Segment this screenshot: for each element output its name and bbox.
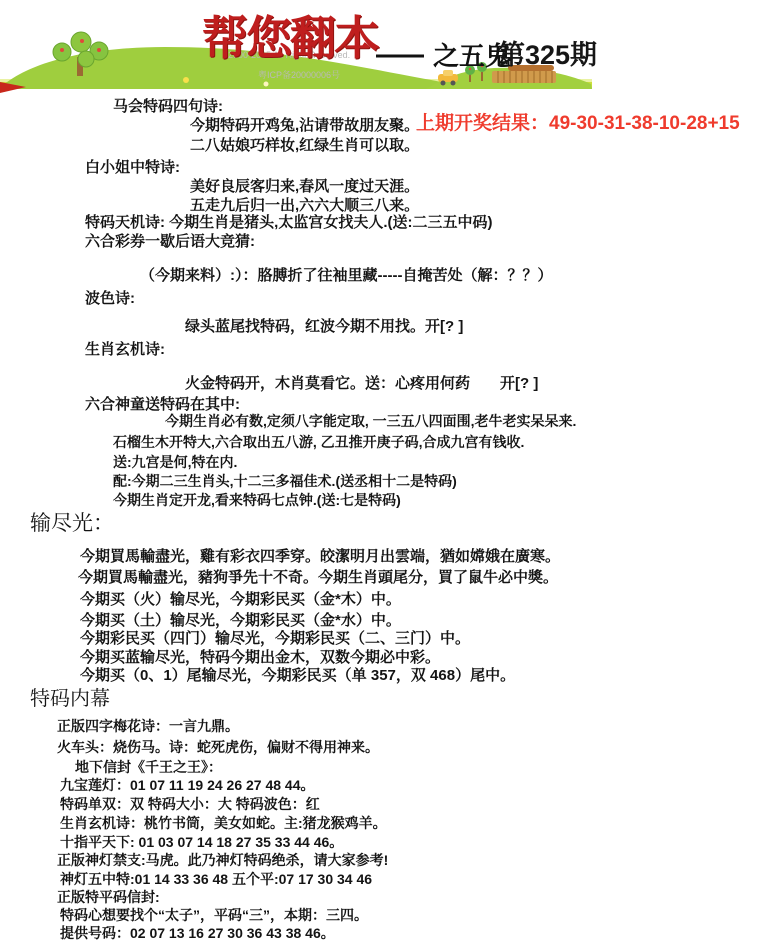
poem-line: 今期生肖定开龙,看来特码七点钟.(送:七是特码): [113, 490, 401, 510]
poem-line: 火金特码开，木肖莫看它。送：心疼用何药 开[? ]: [185, 372, 538, 393]
previous-result-label: 上期开奖结果：: [416, 113, 549, 134]
poem-line: 特码天机诗: 今期生肖是猪头,太监宫女找夫人.(送:二三五中码): [85, 211, 493, 232]
tip-line: 地下信封《千王之王》：: [75, 757, 222, 777]
tip-line: 特码心想要找个“太子”，平码“三”，本期：三四。: [60, 905, 368, 925]
tip-line: 十指平天下: 01 03 07 14 18 27 35 33 44 46。: [60, 832, 343, 852]
poem-line: 送:九宫是何,特在内.: [113, 452, 237, 472]
tip-line: 提供号码：02 07 13 16 27 30 36 43 38 46。: [60, 923, 335, 942]
poem-line: 石榴生木开特大,六合取出五八游, 乙丑推开庚子码,合成九宫有钱收.: [113, 432, 524, 452]
poem-line: 绿头蓝尾找特码，红波今期不用找。开[? ]: [185, 315, 463, 336]
tip-line: 正版神灯禁支:马虎。此乃神灯特码绝杀，请大家参考!: [57, 850, 388, 870]
tip-line: 火车头：烧伤马。诗：蛇死虎伤，偏财不得用神来。: [57, 737, 379, 757]
section-label: 白小姐中特诗:: [85, 156, 180, 177]
title-dash: ——: [376, 38, 412, 72]
poem-line: 今期彩民买（四门）输尽光，今期彩民买（二、三门）中。: [80, 627, 470, 648]
page: 帮您翻本 —— 之五鬼 第325期 2000-2005 All Right Re…: [0, 0, 775, 942]
content-area: 马会特码四句诗:今期特码开鸡兔,沾请带故朋友聚。二八姑娘巧样妆,红绿生肖可以取。…: [0, 0, 775, 942]
section-heading: 输尽光：: [30, 507, 114, 537]
poem-line: （今期来料）:）：胳膊折了往袖里藏-----自掩苦处（解：？？）: [140, 264, 552, 285]
poem-line: 美好良辰客归来,春风一度过天涯。: [190, 175, 419, 196]
section-heading: 特码内幕: [30, 682, 110, 711]
poem-line: 今期買馬輸盡光，雞有彩衣四季穿。皎潔明月出雲端，猶如嫦娥在廣寒。: [80, 545, 560, 566]
previous-result: 上期开奖结果：49-30-31-38-10-28+15: [416, 108, 740, 135]
poem-line: 今期買馬輸盡光，豬狗爭先十不奇。今期生肖頭尾分，買了鼠牛必中獎。: [78, 566, 558, 587]
tip-line: 神灯五中特:01 14 33 36 48 五个平:07 17 30 34 46: [60, 869, 372, 889]
section-label: 波色诗:: [85, 287, 135, 308]
tip-line: 正版四字梅花诗：一言九鼎。: [57, 716, 239, 736]
tip-line: 九宝莲灯：01 07 11 19 24 26 27 48 44。: [60, 775, 315, 795]
tip-line: 正版特平码信封:: [57, 887, 160, 907]
tip-line: 特码单双：双 特码大小：大 特码波色：红: [60, 794, 320, 814]
poem-line: 今期买（火）输尽光，今期彩民买（金*木）中。: [80, 588, 401, 609]
section-label: 生肖玄机诗:: [85, 338, 165, 359]
poem-line: 今期生肖必有数,定须八字能定取, 一三五八四面围,老牛老实呆呆来.: [165, 411, 576, 431]
poem-line: 配:今期二三生肖头,十二三多福佳术.(送丞相十二是特码): [113, 471, 457, 491]
section-label: 马会特码四句诗:: [113, 95, 223, 116]
page-title: 帮您翻本: [202, 2, 378, 68]
issue-number: 第325期: [498, 33, 597, 72]
previous-result-numbers: 49-30-31-38-10-28+15: [549, 113, 740, 134]
poem-line: 今期买（0、1）尾输尽光，今期彩民买（单 357，双 468）尾中。: [80, 664, 515, 685]
poem-line: 今期特码开鸡兔,沾请带故朋友聚。: [190, 114, 419, 135]
poem-line: 二八姑娘巧样妆,红绿生肖可以取。: [190, 134, 419, 155]
watermark-icp: 粤ICP备20000006号: [258, 68, 340, 81]
section-label: 六合彩券一歇后语大竞猜:: [85, 230, 255, 251]
tip-line: 生肖玄机诗：桃竹书筒，美女如蛇。主:猪龙猴鸡羊。: [60, 813, 387, 833]
